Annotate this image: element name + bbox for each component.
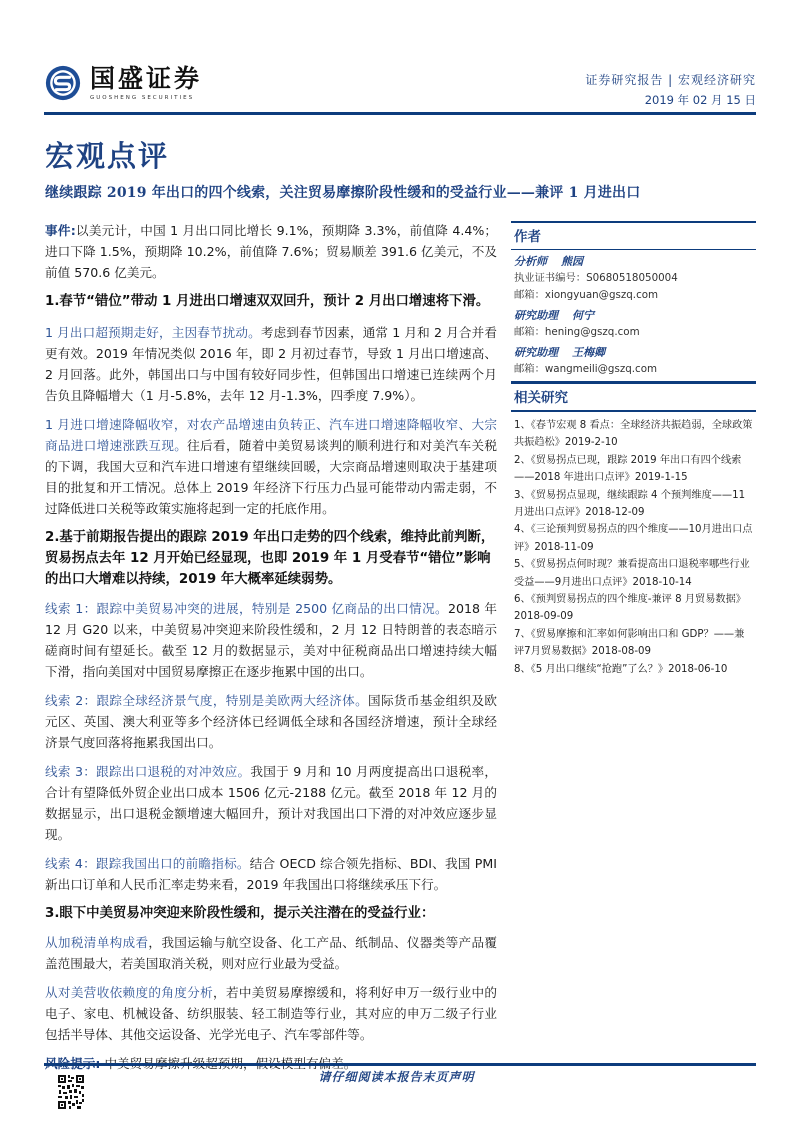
- clue-3-paragraph: 线索 3：跟踪出口退税的对冲效应。我国于 9 月和 10 月两度提高出口退税率，…: [45, 761, 497, 845]
- section-1-paragraph-1: 1 月出口超预期走好，主因春节扰动。考虑到春节因素，通常 1 月和 2 月合并看…: [45, 322, 497, 406]
- document-title: 继续跟踪 2019 年出口的四个线索，关注贸易摩擦阶段性缓和的受益行业——兼评 …: [45, 182, 765, 202]
- guosheng-logo-icon: [44, 64, 82, 102]
- author-name: 熊园: [561, 255, 583, 268]
- event-label: 事件:: [45, 223, 76, 238]
- author-role: 研究助理何宁: [511, 307, 756, 324]
- company-logo: 国盛证券 GUOSHENG SECURITIES: [44, 60, 202, 106]
- author-role-label: 分析师: [514, 255, 547, 268]
- author-email[interactable]: 邮箱：xiongyuan@gszq.com: [511, 287, 756, 304]
- sidebar: 作者 分析师熊园 执业证书编号：S0680518050004 邮箱：xiongy…: [511, 221, 756, 678]
- author-block: 分析师熊园 执业证书编号：S0680518050004 邮箱：xiongyuan…: [511, 253, 756, 304]
- author-role: 研究助理王梅卿: [511, 344, 756, 361]
- main-content: 事件:以美元计，中国 1 月出口同比增长 9.1%，预期降 3.3%，前值降 4…: [45, 220, 497, 1082]
- paragraph-highlight: 1 月出口超预期走好，主因春节扰动。: [45, 325, 261, 340]
- clue-1-paragraph: 线索 1：跟踪中美贸易冲突的进展，特别是 2500 亿商品的出口情况。2018 …: [45, 598, 497, 682]
- author-role: 分析师熊园: [511, 253, 756, 270]
- clue-4-paragraph: 线索 4：跟踪我国出口的前瞻指标。结合 OECD 综合领先指标、BDI、我国 P…: [45, 853, 497, 895]
- related-item[interactable]: 6、《预判贸易拐点的四个维度-兼评 8 月贸易数据》2018-09-09: [514, 591, 753, 626]
- section-3-paragraph-1: 从加税清单构成看，我国运输与航空设备、化工产品、纸制品、仪器类等产品覆盖范围最大…: [45, 932, 497, 974]
- related-item[interactable]: 4、《三论预判贸易拐点的四个维度——10月进出口点评》2018-11-09: [514, 521, 753, 556]
- related-item[interactable]: 8、《5 月出口继续“抢跑”了么？》2018-06-10: [514, 661, 753, 678]
- footer-divider: [44, 1063, 756, 1066]
- paragraph-highlight: 从加税清单构成看: [45, 935, 148, 950]
- related-research-list: 1、《春节宏观 8 看点：全球经济共振趋弱，全球政策共振趋松》2019-2-10…: [511, 412, 756, 678]
- author-role-label: 研究助理: [514, 346, 558, 359]
- author-block: 研究助理王梅卿 邮箱：wangmeili@gszq.com: [511, 344, 756, 378]
- footer-disclaimer-note: 请仔细阅读本报告末页声明: [0, 1068, 793, 1085]
- clue-2-paragraph: 线索 2：跟踪全球经济景气度，特别是美欧两大经济体。国际货币基金组织及欧元区、英…: [45, 690, 497, 753]
- related-heading: 相关研究: [511, 384, 756, 410]
- author-role-label: 研究助理: [514, 309, 558, 322]
- qr-code-icon: [58, 1075, 84, 1109]
- logo-chinese-name: 国盛证券: [90, 65, 202, 93]
- report-meta: 证券研究报告 | 宏观经济研究 2019 年 02 月 15 日: [585, 70, 756, 110]
- related-item[interactable]: 3、《贸易拐点显现，继续跟踪 4 个预判维度——11 月进出口点评》2018-1…: [514, 487, 753, 522]
- section-3-heading: 3.眼下中美贸易冲突迎来阶段性缓和，提示关注潜在的受益行业：: [45, 903, 497, 924]
- report-date: 2019 年 02 月 15 日: [585, 90, 756, 110]
- paragraph-highlight: 线索 4：跟踪我国出口的前瞻指标。: [45, 856, 250, 871]
- authors-heading: 作者: [511, 223, 756, 249]
- paragraph-highlight: 线索 1：跟踪中美贸易冲突的进展，特别是 2500 亿商品的出口情况。: [45, 601, 448, 616]
- author-email[interactable]: 邮箱：hening@gszq.com: [511, 324, 756, 341]
- paragraph-highlight: 从对美营收依赖度的角度分析: [45, 985, 213, 1000]
- author-email[interactable]: 邮箱：wangmeili@gszq.com: [511, 361, 756, 378]
- author-license: 执业证书编号：S0680518050004: [511, 270, 756, 287]
- related-item[interactable]: 5、《贸易拐点何时现？兼看提高出口退税率哪些行业受益——9月进出口点评》2018…: [514, 556, 753, 591]
- author-name: 何宁: [572, 309, 594, 322]
- report-category: 证券研究报告 | 宏观经济研究: [585, 70, 756, 90]
- author-block: 研究助理何宁 邮箱：hening@gszq.com: [511, 307, 756, 341]
- related-item[interactable]: 1、《春节宏观 8 看点：全球经济共振趋弱，全球政策共振趋松》2019-2-10: [514, 417, 753, 452]
- section-2-heading: 2.基于前期报告提出的跟踪 2019 年出口走势的四个线索，维持此前判断，贸易拐…: [45, 527, 497, 590]
- event-text: 以美元计，中国 1 月出口同比增长 9.1%，预期降 3.3%，前值降 4.4%…: [45, 223, 497, 280]
- related-item[interactable]: 2、《贸易拐点已现，跟踪 2019 年出口有四个线索——2018 年进出口点评》…: [514, 452, 753, 487]
- paragraph-highlight: 线索 2：跟踪全球经济景气度，特别是美欧两大经济体。: [45, 693, 368, 708]
- paragraph-highlight: 线索 3：跟踪出口退税的对冲效应。: [45, 764, 250, 779]
- section-1-heading: 1.春节“错位”带动 1 月进出口增速双双回升，预计 2 月出口增速将下滑。: [45, 291, 497, 312]
- document-type: 宏观点评: [45, 134, 169, 175]
- header-divider: [44, 112, 756, 115]
- related-item[interactable]: 7、《贸易摩擦和汇率如何影响出口和 GDP？——兼评7月贸易数据》2018-08…: [514, 626, 753, 661]
- section-1-paragraph-2: 1 月进口增速降幅收窄，对农产品增速由负转正、汽车进口增速降幅收窄、大宗商品进口…: [45, 414, 497, 519]
- authors-heading-rule: [511, 249, 756, 251]
- author-name: 王梅卿: [572, 346, 605, 359]
- event-paragraph: 事件:以美元计，中国 1 月出口同比增长 9.1%，预期降 3.3%，前值降 4…: [45, 220, 497, 283]
- section-3-paragraph-2: 从对美营收依赖度的角度分析，若中美贸易摩擦缓和，将利好申万一级行业中的电子、家电…: [45, 982, 497, 1045]
- logo-english-name: GUOSHENG SECURITIES: [90, 94, 202, 102]
